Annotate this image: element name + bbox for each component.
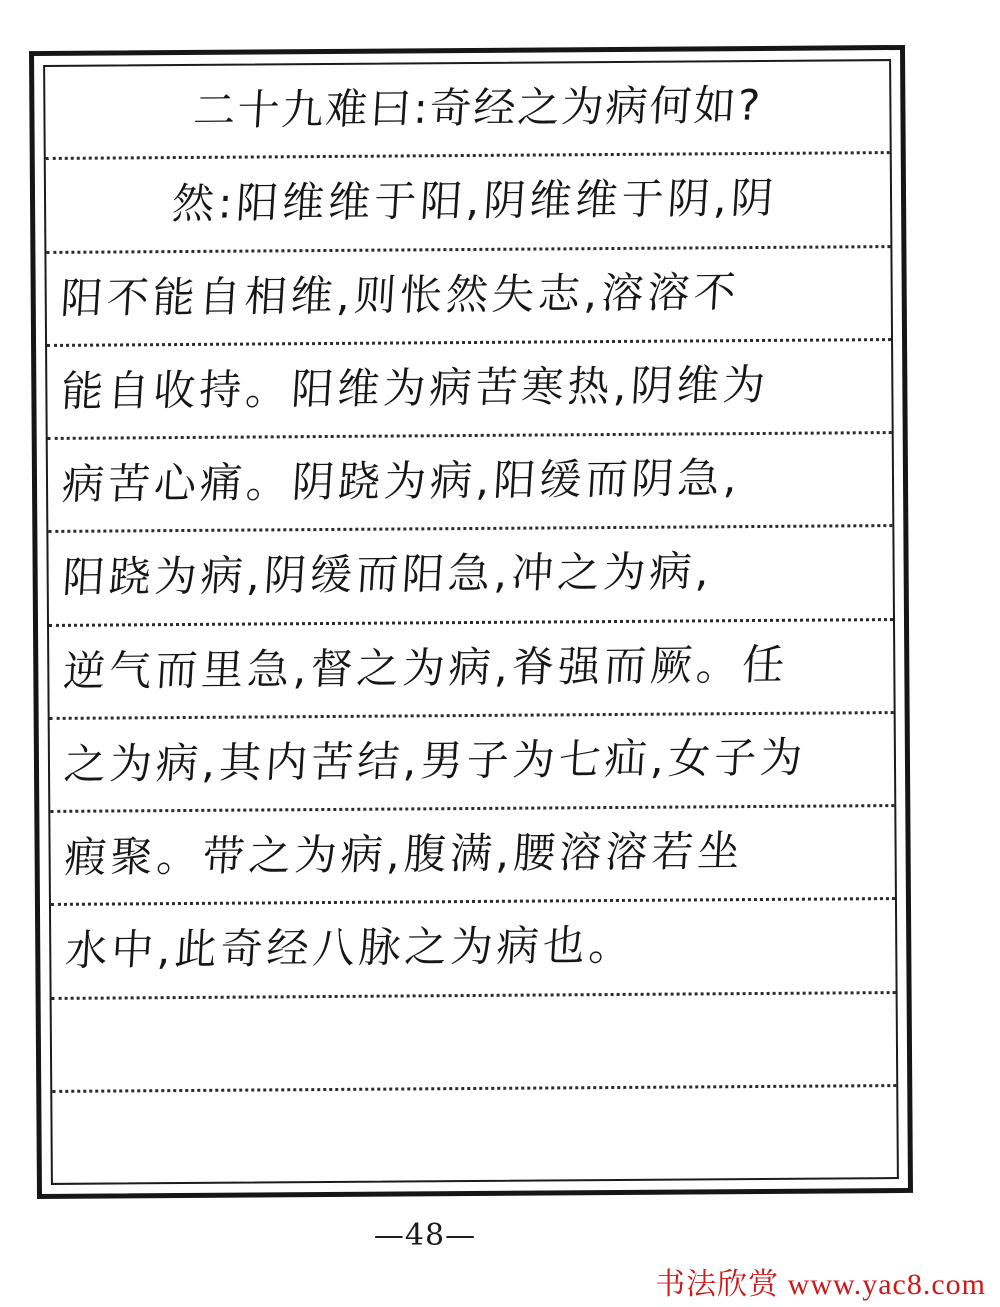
watermark: 书法欣赏 www.yac8.com — [655, 1259, 986, 1303]
manuscript-row: 水中,此奇经八脉之为病也。 — [51, 900, 896, 999]
manuscript-line: 水中,此奇经八脉之为病也。 — [64, 925, 636, 972]
manuscript-row-title: 二十九难曰:奇经之为病何如? — [45, 61, 890, 160]
manuscript-line: 能自收持。阳维为病苦寒热,阴维为 — [60, 364, 770, 413]
manuscript-row-empty — [52, 1087, 897, 1183]
manuscript-line: 阳跷为病,阴缓而阳急,冲之为病, — [61, 551, 714, 599]
manuscript-row: 然:阳维维于阳,阴维维于阴,阴 — [46, 154, 891, 253]
manuscript-row: 瘕聚。带之为病,腹满,腰溶溶若坐 — [50, 807, 895, 906]
manuscript-row: 阳不能自相维,则怅然失志,溶溶不 — [46, 248, 891, 347]
manuscript-line: 逆气而里急,督之为病,脊强而厥。任 — [62, 644, 789, 693]
manuscript-line: 阳不能自相维,则怅然失志,溶溶不 — [59, 271, 740, 320]
manuscript-line: 病苦心痛。阴跷为病,阳缓而阴急, — [61, 457, 742, 506]
manuscript-row-empty — [52, 994, 897, 1093]
page-number: —48— — [0, 1218, 850, 1253]
manuscript-row: 病苦心痛。阴跷为病,阳缓而阴急, — [48, 434, 893, 533]
manuscript-line: 瘕聚。带之为病,腹满,腰溶溶若坐 — [63, 830, 744, 879]
manuscript-row: 逆气而里急,督之为病,脊强而厥。任 — [49, 621, 894, 720]
manuscript-row: 之为病,其内苦结,男子为七疝,女子为 — [50, 714, 895, 813]
copybook-inner-frame: 二十九难曰:奇经之为病何如? 然:阳维维于阳,阴维维于阴,阴 阳不能自相维,则怅… — [43, 59, 899, 1185]
manuscript-line: 然:阳维维于阳,阴维维于阴,阴 — [171, 178, 778, 226]
copybook-page: { "manuscript": { "rows": [ { "text": "二… — [0, 0, 1000, 1307]
title-text: 二十九难曰:奇经之为病何如? — [192, 85, 763, 132]
manuscript-row: 阳跷为病,阴缓而阳急,冲之为病, — [48, 527, 893, 626]
manuscript-row: 能自收持。阳维为病苦寒热,阴维为 — [47, 341, 892, 440]
copybook-outer-frame: 二十九难曰:奇经之为病何如? 然:阳维维于阳,阴维维于阴,阴 阳不能自相维,则怅… — [29, 45, 913, 1199]
manuscript-line: 之为病,其内苦结,男子为七疝,女子为 — [63, 737, 808, 786]
